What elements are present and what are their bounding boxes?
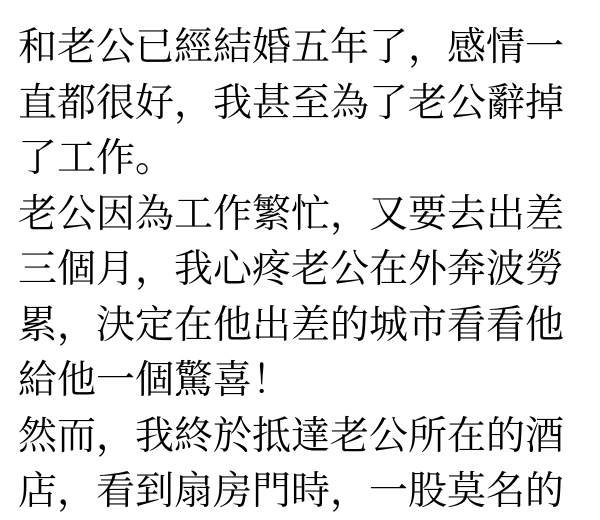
text-line: 老公因為工作繁忙，又要去出差 <box>18 187 588 243</box>
text-line: 和老公已經結婚五年了，感情一 <box>18 20 588 76</box>
text-line: 然而，我終於抵達老公所在的酒 <box>18 409 588 465</box>
text-line: 三個月，我心疼老公在外奔波勞 <box>18 242 588 298</box>
text-line: 店，看到扇房門時，一股莫名的 <box>18 464 588 500</box>
text-line: 直都很好，我甚至為了老公辭掉 <box>18 76 588 132</box>
text-line: 給他一個驚喜！ <box>18 353 588 409</box>
text-line: 了工作。 <box>18 131 588 187</box>
text-line: 累，決定在他出差的城市看看他 <box>18 298 588 354</box>
story-text: 和老公已經結婚五年了，感情一 直都很好，我甚至為了老公辭掉 了工作。 老公因為工… <box>18 20 588 500</box>
